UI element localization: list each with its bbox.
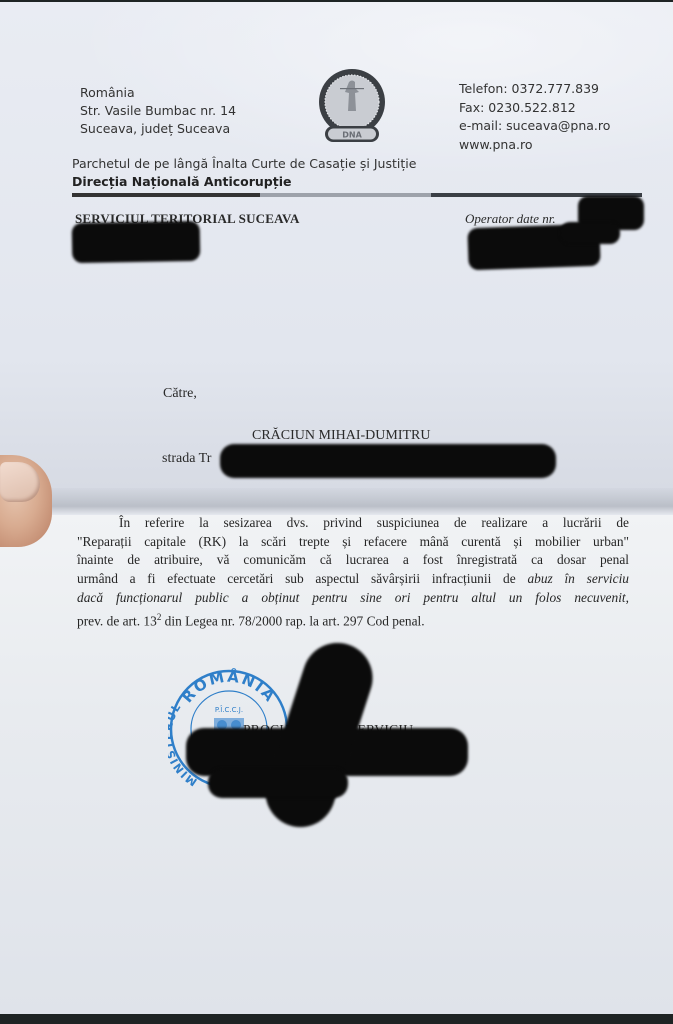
directorate-name: Direcția Națională Anticorupție [72,174,292,189]
letterhead-contact: Telefon: 0372.777.839 Fax: 0230.522.812 … [459,80,610,154]
offense-name: abuz în serviciu [527,571,629,586]
recipient-name: CRĂCIUN MIHAI-DUMITRU [252,428,431,444]
address-line-city: Suceava, județ Suceava [80,120,236,138]
svg-text:ROMÂNIA: ROMÂNIA [178,668,280,706]
recipient-street: strada Tr [162,451,211,467]
body-line-6: prev. de art. 132 din Legea nr. 78/2000 … [77,608,629,631]
contact-email: e-mail: suceava@pna.ro [459,117,610,136]
body-line-4: urmând a fi efectuate cercetări sub aspe… [77,570,629,589]
contact-website: www.pna.ro [459,136,610,155]
institution-name: Parchetul de pe lângă Înalta Curte de Ca… [72,156,416,171]
paper-fold-shadow [0,488,673,516]
thumbnail [0,462,40,502]
contact-phone: Telefon: 0372.777.839 [459,80,610,99]
address-line-country: România [80,84,236,102]
contact-fax: Fax: 0230.522.812 [459,99,610,118]
body-line-3: înainte de atribuire, vă comunicăm că lu… [77,551,629,570]
recipient-salutation: Către, [163,386,197,402]
body-line-5: dacă funcționarul public a obținut pentr… [77,589,629,608]
body-line-1: În referire la sesizarea dvs. privind su… [77,514,629,533]
redaction-registration-number [72,221,201,263]
svg-text:DNA: DNA [342,131,362,140]
body-line-2: "Reparații capitale (RK) la scări trepte… [77,533,629,552]
letterhead-address: România Str. Vasile Bumbac nr. 14 Suceav… [80,84,236,138]
svg-text:P.Î.C.C.J.: P.Î.C.C.J. [215,705,243,714]
justice-emblem-icon: DNA [311,66,393,148]
redaction-address [220,444,556,478]
operator-label: Operator date nr. [465,211,556,227]
redaction-signature-lower [208,768,348,798]
address-line-street: Str. Vasile Bumbac nr. 14 [80,102,236,120]
letter-body: În referire la sesizarea dvs. privind su… [77,514,629,631]
redaction-date-extra [560,222,620,244]
letterhead-divider [72,193,642,197]
